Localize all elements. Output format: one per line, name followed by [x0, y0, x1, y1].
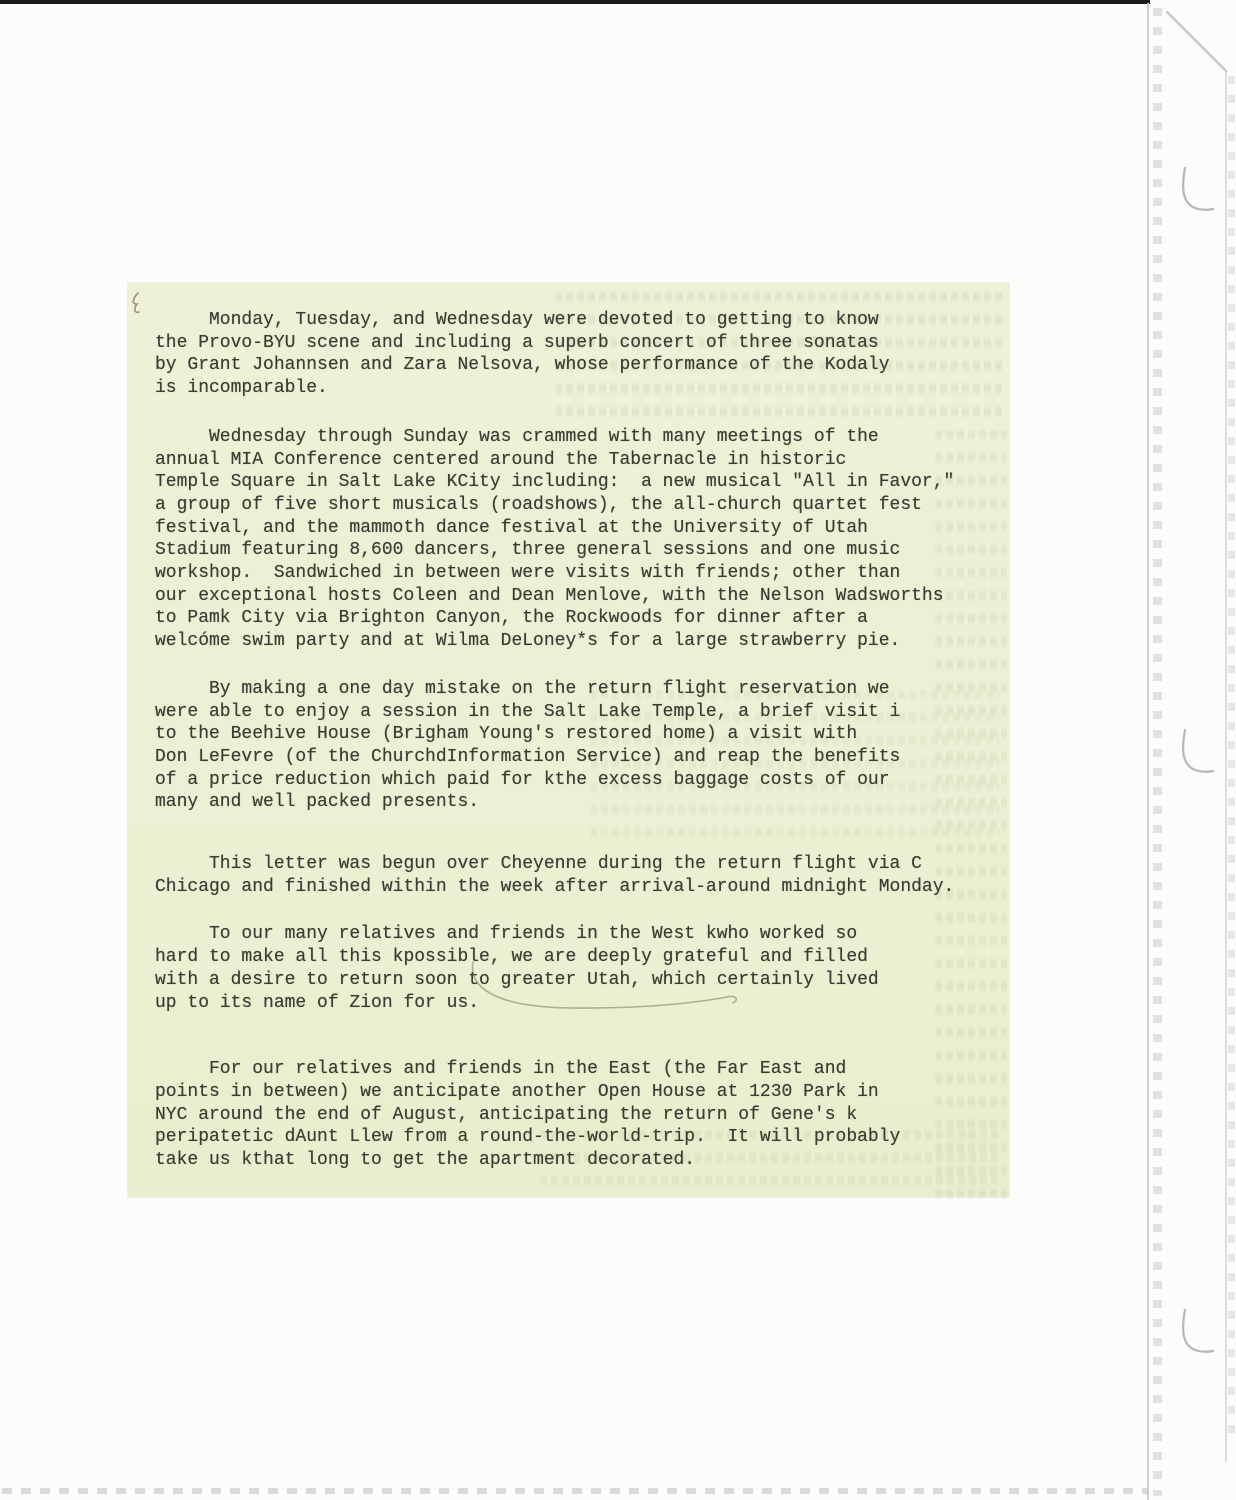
scanned-page: Monday, Tuesday, and Wednesday were devo…: [0, 0, 1236, 1500]
perforation-strip-left: [1153, 8, 1162, 1496]
letter-paragraph: This letter was begun over Cheyenne duri…: [155, 853, 1009, 898]
binder-hole-shadow: [1183, 1310, 1213, 1352]
scan-edge-strip: [0, 0, 1150, 4]
page-fold-line: [1167, 12, 1226, 71]
page-underneath-edge-line: [1225, 70, 1227, 1462]
letter-paragraph: By making a one day mistake on the retur…: [155, 678, 1009, 814]
perforation-row-bottom: [2, 1488, 1148, 1494]
binder-hole-shadow: [1183, 168, 1213, 210]
sheet-protector-edge-line: [1147, 3, 1149, 1500]
letter-paper: Monday, Tuesday, and Wednesday were devo…: [128, 283, 1009, 1197]
letter-paragraph: Wednesday through Sunday was crammed wit…: [155, 426, 1009, 653]
letter-paragraph: For our relatives and friends in the Eas…: [155, 1058, 1009, 1172]
letter-paragraph: To our many relatives and friends in the…: [155, 923, 1009, 1014]
binder-hole-shadow: [1183, 730, 1213, 772]
perforation-strip-right: [1228, 76, 1235, 1436]
letter-paragraph: Monday, Tuesday, and Wednesday were devo…: [155, 283, 1009, 400]
